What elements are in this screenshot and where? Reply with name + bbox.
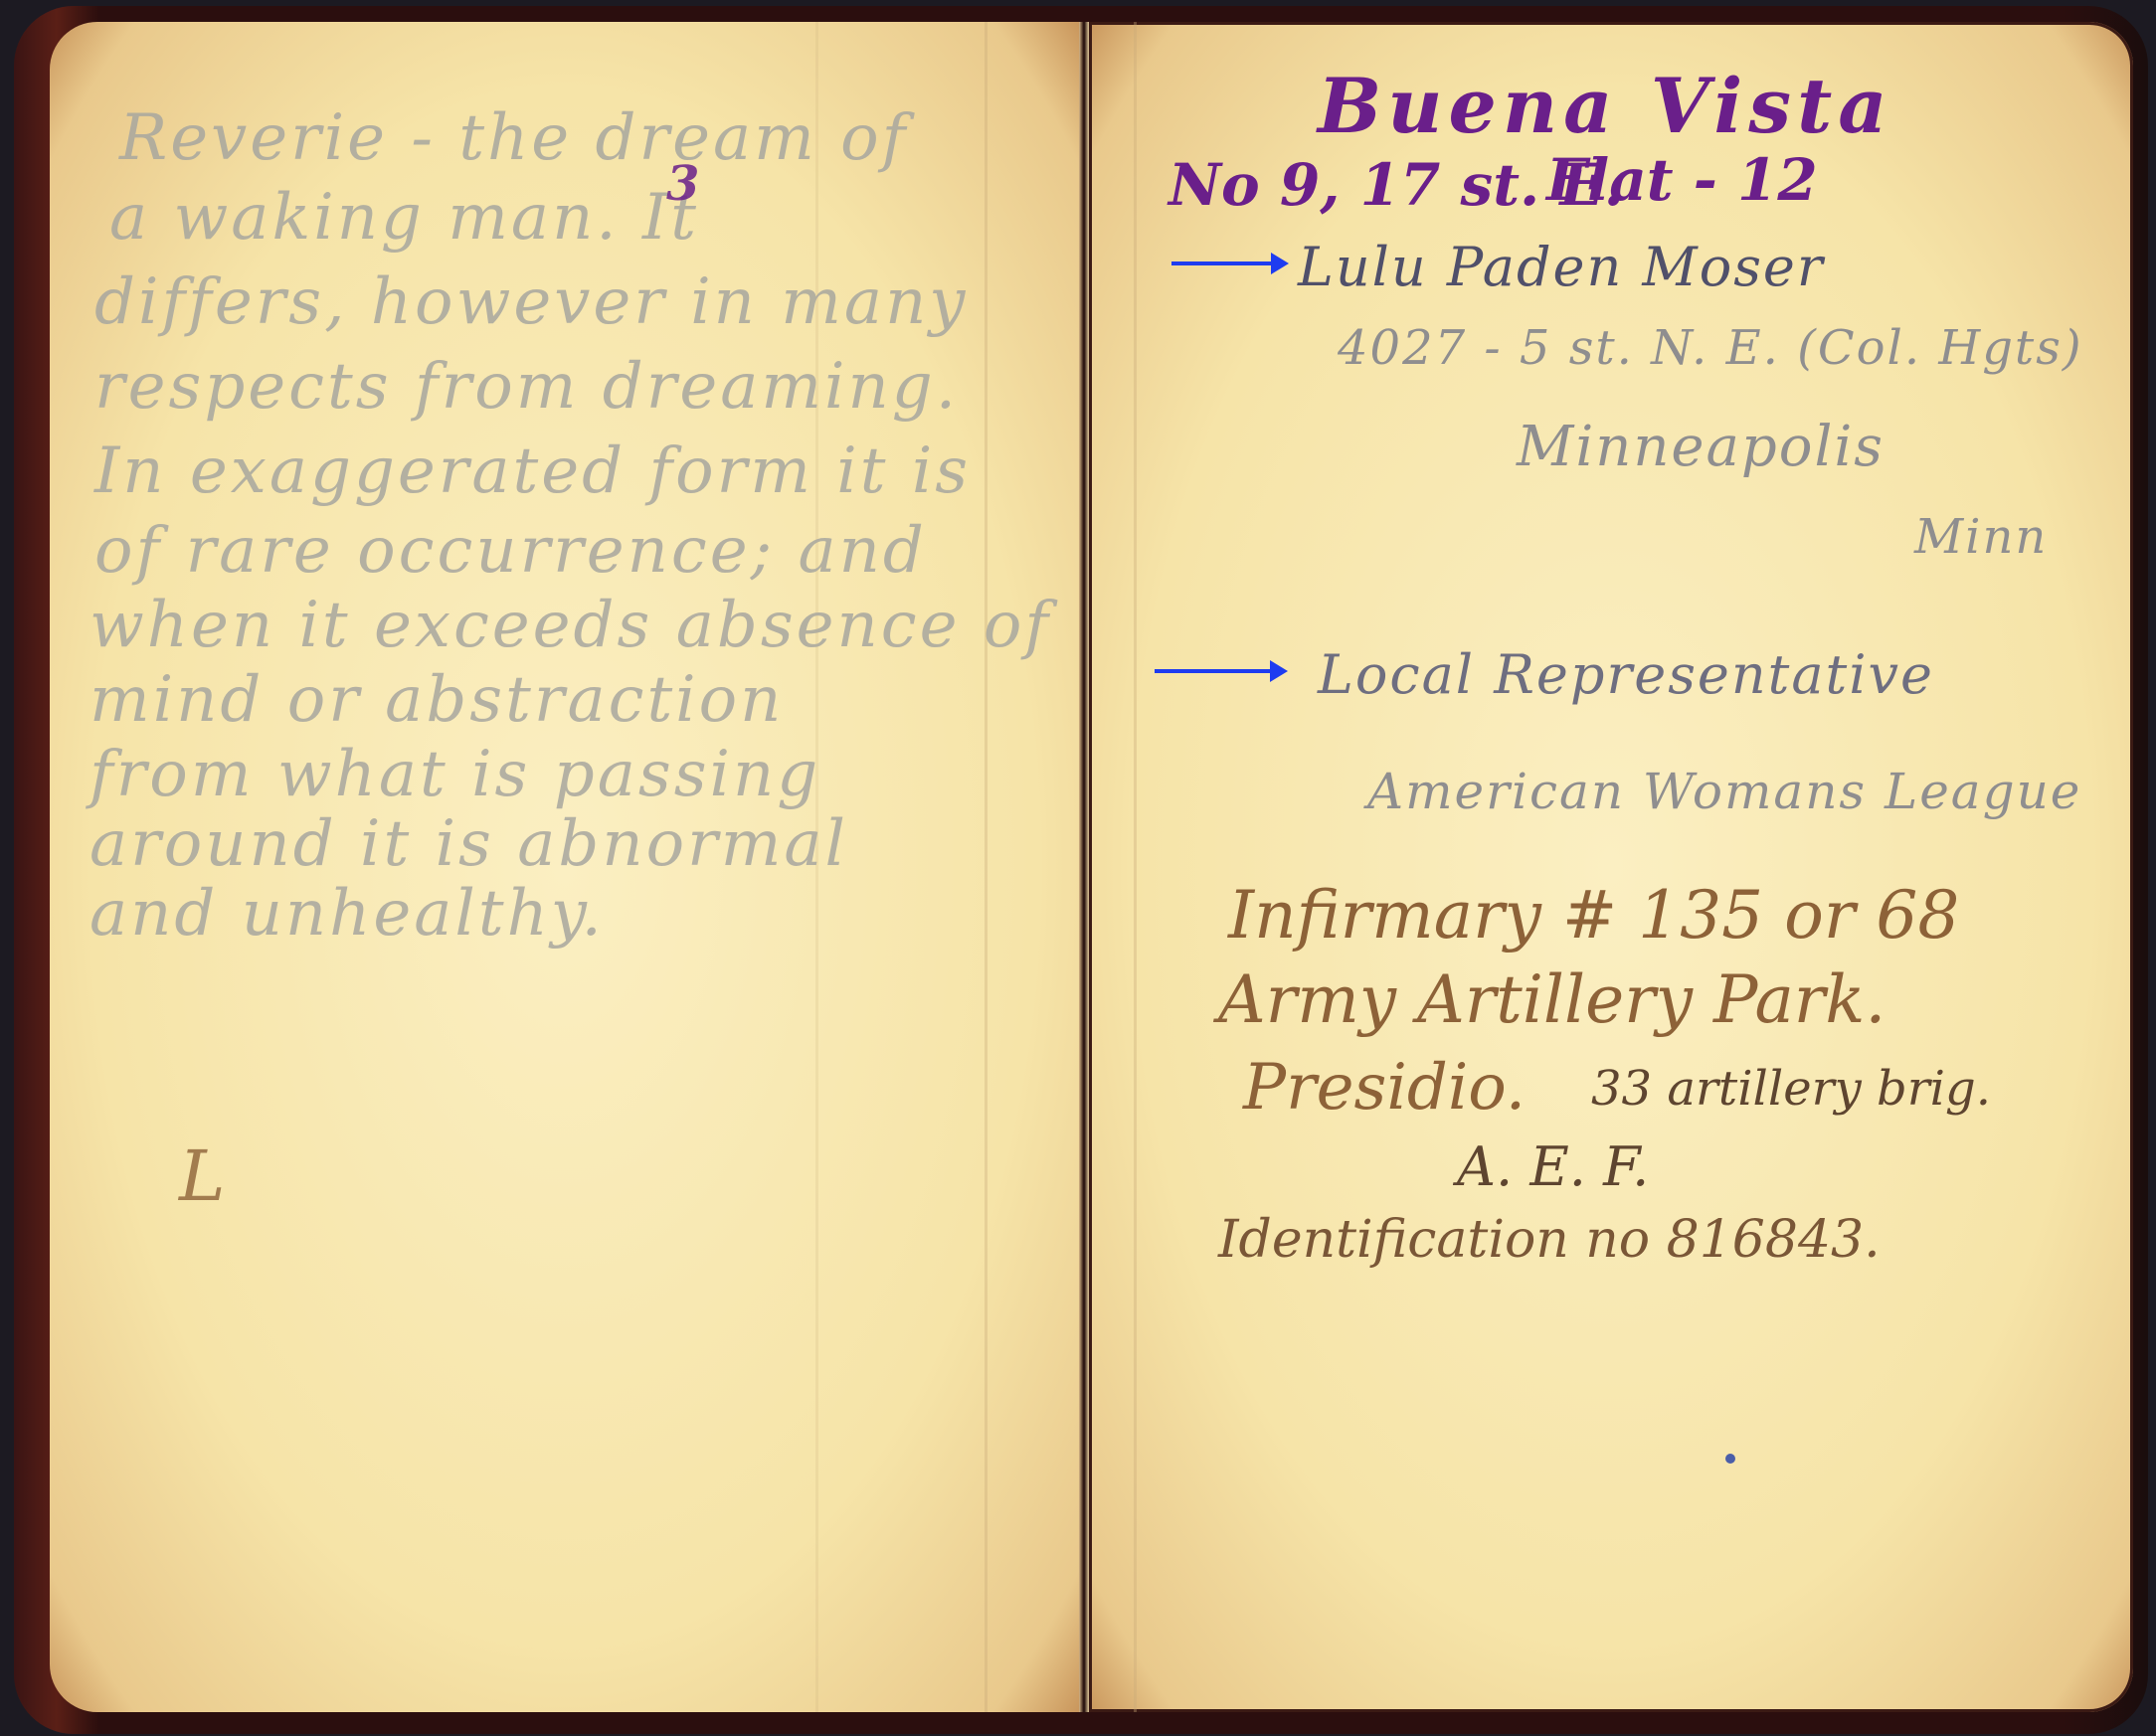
pencil-line: a waking man. It xyxy=(109,181,699,255)
city-entry: Minneapolis xyxy=(1517,415,1885,479)
pencil-line: around it is abnormal xyxy=(90,807,848,881)
annotation-arrow-name xyxy=(1171,261,1275,265)
notebook-scan: Reverie - the dream of a waking man. It … xyxy=(0,0,2156,1736)
pencil-line: mind or abstraction xyxy=(90,663,784,737)
pencil-line: differs, however in many xyxy=(94,265,968,339)
annotation-arrow-representative xyxy=(1155,669,1274,673)
pencil-line: when it exceeds absence of xyxy=(90,589,1051,662)
identification-entry: Identification no 816843. xyxy=(1218,1210,1881,1270)
pencil-line: and unhealthy. xyxy=(90,877,605,951)
state-entry: Minn xyxy=(1914,509,2048,565)
pencil-mark: L xyxy=(179,1135,225,1217)
left-page: Reverie - the dream of a waking man. It … xyxy=(50,22,1079,1712)
pencil-line: from what is passing xyxy=(90,738,820,811)
pencil-line: In exaggerated form it is xyxy=(94,434,971,508)
name-entry: Lulu Paden Moser xyxy=(1298,236,1825,298)
page-crease xyxy=(1134,22,1137,1712)
pencil-line: of rare occurrence; and xyxy=(94,514,927,588)
purple-flat: Flat - 12 xyxy=(1546,146,1818,214)
artillery-park-entry: Army Artillery Park. xyxy=(1218,961,1886,1038)
infirmary-entry: Infirmary # 135 or 68 xyxy=(1228,877,1959,954)
purple-stamp-mark: 3 xyxy=(666,156,699,212)
spine-gutter xyxy=(1079,22,1089,1712)
purple-heading: Buena Vista xyxy=(1318,62,1892,150)
aef-entry: A. E. F. xyxy=(1457,1135,1649,1198)
presidio-entry: Presidio. xyxy=(1243,1051,1526,1125)
title-entry: Local Representative xyxy=(1318,643,1934,706)
pencil-line: respects from dreaming. xyxy=(94,350,959,424)
ink-spot xyxy=(1725,1454,1735,1464)
address-entry: 4027 - 5 st. N. E. (Col. Hgts) xyxy=(1338,320,2083,376)
page-crease xyxy=(985,22,988,1712)
brigade-entry: 33 artillery brig. xyxy=(1591,1061,1991,1117)
pencil-line: Reverie - the dream of xyxy=(119,101,908,175)
right-page: Buena Vista No 9, 17 st. E. Flat - 12 Lu… xyxy=(1089,22,2133,1712)
organization-entry: American Womans League xyxy=(1367,763,2081,820)
